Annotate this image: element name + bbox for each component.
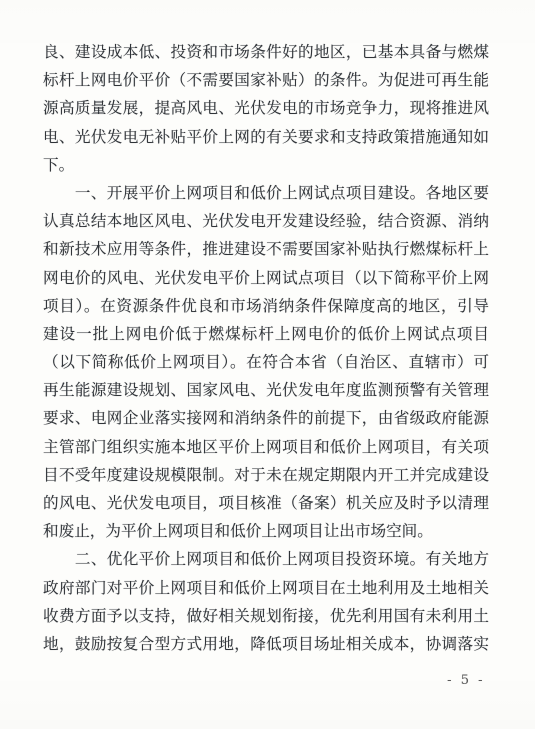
text-line: 一、开展平价上网项目和低价上网试点项目建设。各地区要 — [43, 179, 489, 207]
text-line: 良、建设成本低、投资和市场条件好的地区，已基本具备与燃煤 — [43, 38, 489, 66]
text-line: 地，鼓励按复合型方式用地，降低项目场址相关成本，协调落实 — [43, 630, 489, 658]
text-line: 标杆上网电价平价（不需要国家补贴）的条件。为促进可再生能 — [43, 66, 489, 94]
text-line: 建设一批上网电价低于燃煤标杆上网电价的低价上网试点项目 — [43, 320, 489, 348]
text-line: 网电价的风电、光伏发电平价上网试点项目（以下简称平价上网 — [43, 264, 489, 292]
page-number: - 5 - — [447, 672, 485, 690]
text-line: 二、优化平价上网项目和低价上网项目投资环境。有关地方 — [43, 545, 489, 573]
text-line: 目不受年度建设规模限制。对于未在规定期限内开工并完成建设 — [43, 461, 489, 489]
text-line: 认真总结本地区风电、光伏发电开发建设经验，结合资源、消纳 — [43, 207, 489, 235]
text-line: 项目）。在资源条件优良和市场消纳条件保障度高的地区，引导 — [43, 292, 489, 320]
text-line: 下。 — [43, 151, 489, 179]
text-line: 主管部门组织实施本地区平价上网项目和低价上网项目，有关项 — [43, 433, 489, 461]
text-line: 收费方面予以支持，做好相关规划衔接，优先利用国有未利用土 — [43, 602, 489, 630]
text-line: 电、光伏发电无补贴平价上网的有关要求和支持政策措施通知如 — [43, 123, 489, 151]
text-line: 再生能源建设规划、国家风电、光伏发电年度监测预警有关管理 — [43, 376, 489, 404]
text-line: 和废止，为平价上网项目和低价上网项目让出市场空间。 — [43, 517, 489, 545]
document-body: 良、建设成本低、投资和市场条件好的地区，已基本具备与燃煤标杆上网电价平价（不需要… — [43, 38, 489, 658]
document-page: 良、建设成本低、投资和市场条件好的地区，已基本具备与燃煤标杆上网电价平价（不需要… — [0, 0, 535, 729]
text-line: 要求、电网企业落实接网和消纳条件的前提下，由省级政府能源 — [43, 404, 489, 432]
text-line: 源高质量发展，提高风电、光伏发电的市场竞争力，现将推进风 — [43, 94, 489, 122]
text-line: 政府部门对平价上网项目和低价上网项目在土地利用及土地相关 — [43, 574, 489, 602]
text-line: 和新技术应用等条件，推进建设不需要国家补贴执行燃煤标杆上 — [43, 235, 489, 263]
text-line: （以下简称低价上网项目）。在符合本省（自治区、直辖市）可 — [43, 348, 489, 376]
text-line: 的风电、光伏发电项目，项目核准（备案）机关应及时予以清理 — [43, 489, 489, 517]
